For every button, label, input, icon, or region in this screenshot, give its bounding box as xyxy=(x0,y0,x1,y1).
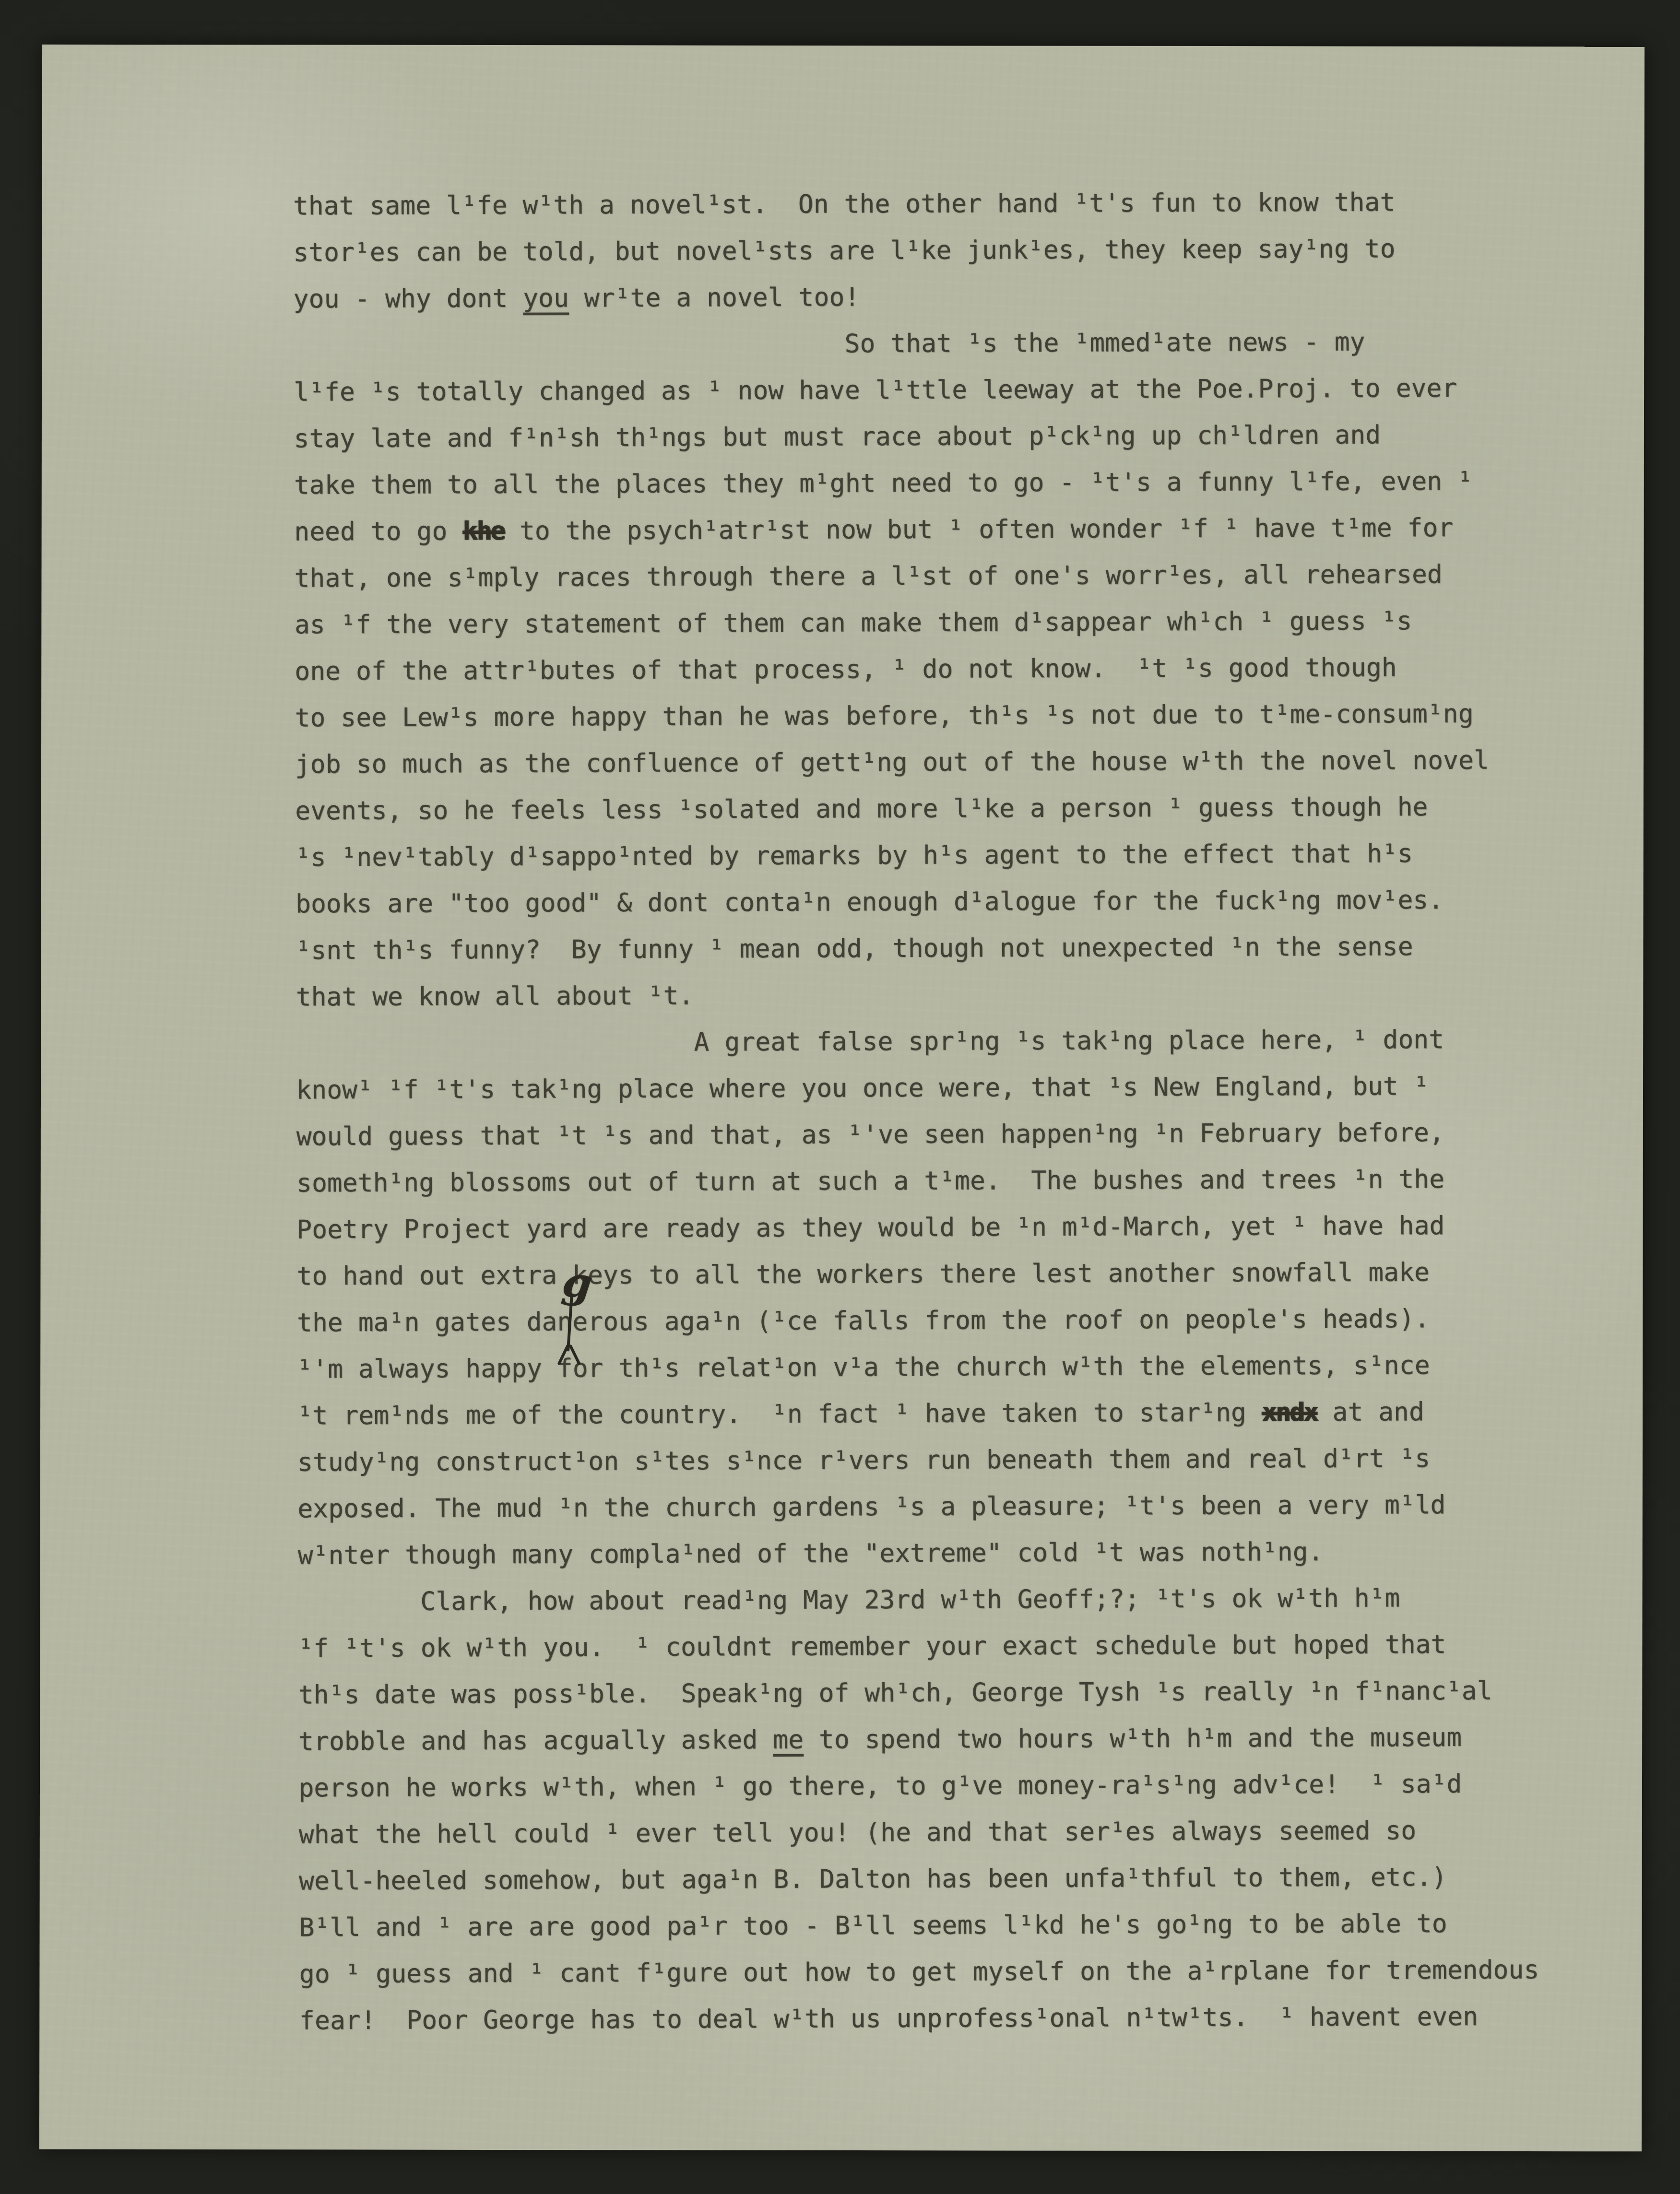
letter-line: need to go khe to the psych¹atr¹st now b… xyxy=(294,504,1534,555)
letter-line: as ¹f the very statement of them can mak… xyxy=(295,597,1535,648)
text-run: would guess that ¹t ¹s and that, as ¹'ve… xyxy=(296,1118,1444,1151)
scan-background: that same l¹fe w¹th a novel¹st. On the o… xyxy=(0,0,1680,2194)
letter-line: take them to all the places they m¹ght n… xyxy=(294,458,1534,508)
letter-line: ¹snt th¹s funny? By funny ¹ mean odd, th… xyxy=(296,923,1536,974)
text-run: Clark, how about read¹ng May 23rd w¹th G… xyxy=(420,1583,1400,1616)
letter-line: what the hell could ¹ ever tell you! (he… xyxy=(299,1807,1539,1858)
struck-out-word: khe xyxy=(462,517,504,546)
text-run: l¹fe ¹s totally changed as ¹ now have l¹… xyxy=(294,374,1457,407)
text-run: trobble and has acgually asked xyxy=(298,1725,773,1756)
text-run: erous aga¹n (¹ce falls from the roof on … xyxy=(572,1304,1430,1336)
text-run: that same l¹fe w¹th a novel¹st. On the o… xyxy=(293,188,1396,221)
letter-line: one of the attr¹butes of that process, ¹… xyxy=(295,644,1535,695)
letter-line: trobble and has acgually asked me to spe… xyxy=(298,1714,1538,1765)
letter-line: study¹ng construct¹on s¹tes s¹nce r¹vers… xyxy=(297,1435,1538,1486)
text-run: that, one s¹mply races through there a l… xyxy=(294,560,1442,593)
letter-line: to see Lew¹s more happy than he was befo… xyxy=(295,690,1535,741)
text-run: need to go xyxy=(294,517,462,546)
letter-line: books are "too good" & dont conta¹n enou… xyxy=(296,876,1536,927)
letter-line: ¹f ¹t's ok w¹th you. ¹ couldnt remember … xyxy=(298,1621,1538,1672)
text-run: as ¹f the very statement of them can mak… xyxy=(295,606,1412,639)
letter-body: that same l¹fe w¹th a novel¹st. On the o… xyxy=(293,178,1539,2044)
letter-line: A great false spr¹ng ¹s tak¹ng place her… xyxy=(296,1016,1536,1067)
text-run: events, so he feels less ¹solated and mo… xyxy=(295,792,1428,826)
text-run: Poetry Project yard are ready as they wo… xyxy=(296,1211,1444,1244)
letter-page: that same l¹fe w¹th a novel¹st. On the o… xyxy=(39,45,1645,2152)
text-run: you - why dont xyxy=(293,284,523,314)
text-run: person he works w¹th, when ¹ go there, t… xyxy=(298,1769,1462,1803)
text-run: ¹t rem¹nds me of the country. ¹n fact ¹ … xyxy=(297,1398,1262,1430)
text-run: that we know all about ¹t. xyxy=(296,981,694,1012)
letter-line: person he works w¹th, when ¹ go there, t… xyxy=(298,1760,1538,1811)
text-run: job so much as the confluence of gett¹ng… xyxy=(295,746,1489,779)
text-run: th¹s date was poss¹ble. Speak¹ng of wh¹c… xyxy=(298,1676,1492,1710)
underlined-word: you xyxy=(523,283,569,313)
letter-line: l¹fe ¹s totally changed as ¹ now have l¹… xyxy=(294,365,1534,415)
letter-line: would guess that ¹t ¹s and that, as ¹'ve… xyxy=(296,1109,1536,1160)
letter-line: that we know all about ¹t. xyxy=(296,969,1536,1020)
letter-line: well-heeled somehow, but aga¹n B. Dalton… xyxy=(299,1853,1539,1904)
text-run: fear! Poor George has to deal w¹th us un… xyxy=(299,2002,1478,2036)
letter-line: the ma¹n gates dangerous aga¹n (¹ce fall… xyxy=(297,1295,1537,1346)
text-run: stay late and f¹n¹sh th¹ngs but must rac… xyxy=(294,420,1381,453)
letter-line: you - why dont you wr¹te a novel too! xyxy=(293,271,1533,322)
text-run: what the hell could ¹ ever tell you! (he… xyxy=(299,1816,1417,1849)
text-run: go ¹ guess and ¹ cant f¹gure out how to … xyxy=(299,1955,1539,1989)
letter-line: someth¹ng blossoms out of turn at such a… xyxy=(296,1156,1537,1206)
letter-line: stor¹es can be told, but novel¹sts are l… xyxy=(293,225,1533,276)
text-run: take them to all the places they m¹ght n… xyxy=(294,467,1473,500)
letter-line: job so much as the confluence of gett¹ng… xyxy=(295,737,1535,788)
text-run: to the psych¹atr¹st now but ¹ often wond… xyxy=(504,513,1454,546)
letter-line: ¹s ¹nev¹tably d¹sappo¹nted by remarks by… xyxy=(295,830,1535,881)
letter-line: go ¹ guess and ¹ cant f¹gure out how to … xyxy=(299,1946,1539,1997)
text-run: someth¹ng blossoms out of turn at such a… xyxy=(296,1165,1444,1198)
text-run: So that ¹s the ¹mmed¹ate news - my xyxy=(844,328,1365,359)
letter-line: know¹ ¹f ¹t's tak¹ng place where you onc… xyxy=(296,1062,1536,1113)
text-run: stor¹es can be told, but novel¹sts are l… xyxy=(293,234,1396,267)
struck-out-word: xndx xyxy=(1262,1398,1317,1427)
text-run: A great false spr¹ng ¹s tak¹ng place her… xyxy=(694,1025,1444,1057)
text-run: B¹ll and ¹ are are good pa¹r too - B¹ll … xyxy=(299,1909,1447,1942)
letter-line: Poetry Project yard are ready as they wo… xyxy=(296,1202,1537,1253)
letter-line: So that ¹s the ¹mmed¹ate news - my xyxy=(294,318,1534,369)
letter-line: that same l¹fe w¹th a novel¹st. On the o… xyxy=(293,178,1533,229)
letter-line: to hand out extra keys to all the worker… xyxy=(296,1249,1537,1299)
text-run: well-heeled somehow, but aga¹n B. Dalton… xyxy=(299,1863,1447,1896)
letter-line: Clark, how about read¹ng May 23rd w¹th G… xyxy=(298,1574,1538,1625)
text-run: ¹'m always happy for th¹s relat¹on v¹a t… xyxy=(297,1351,1430,1384)
underlined-word: me xyxy=(773,1725,804,1755)
letter-line: exposed. The mud ¹n the church gardens ¹… xyxy=(297,1481,1538,1532)
text-run: study¹ng construct¹on s¹tes s¹nce r¹vers… xyxy=(297,1444,1430,1477)
text-run: ¹snt th¹s funny? By funny ¹ mean odd, th… xyxy=(296,932,1413,965)
text-run: books are "too good" & dont conta¹n enou… xyxy=(296,885,1443,919)
letter-line: events, so he feels less ¹solated and mo… xyxy=(295,783,1535,834)
text-run: at and xyxy=(1317,1397,1424,1427)
text-run: one of the attr¹butes of that process, ¹… xyxy=(295,653,1397,686)
text-run: w¹nter though many compla¹ned of the "ex… xyxy=(298,1537,1324,1570)
text-run: wr¹te a novel too! xyxy=(569,283,860,313)
text-run: to hand out extra keys to all the worker… xyxy=(297,1258,1430,1291)
letter-line: w¹nter though many compla¹ned of the "ex… xyxy=(297,1528,1538,1579)
pen-letter-g: g xyxy=(560,1258,595,1308)
text-run: know¹ ¹f ¹t's tak¹ng place where you onc… xyxy=(296,1072,1429,1105)
letter-line: stay late and f¹n¹sh th¹ngs but must rac… xyxy=(294,411,1534,462)
letter-line: ¹t rem¹nds me of the country. ¹n fact ¹ … xyxy=(297,1388,1537,1439)
letter-line: th¹s date was poss¹ble. Speak¹ng of wh¹c… xyxy=(298,1667,1538,1718)
letter-line: ¹'m always happy for th¹s relat¹on v¹a t… xyxy=(297,1342,1537,1392)
text-run: exposed. The mud ¹n the church gardens ¹… xyxy=(297,1490,1445,1523)
letter-line: that, one s¹mply races through there a l… xyxy=(294,551,1534,602)
letter-line: B¹ll and ¹ are are good pa¹r too - B¹ll … xyxy=(299,1900,1539,1951)
text-run: ¹s ¹nev¹tably d¹sappo¹nted by remarks by… xyxy=(295,839,1413,872)
text-run: to spend two hours w¹th h¹m and the muse… xyxy=(804,1723,1462,1755)
text-run: ¹f ¹t's ok w¹th you. ¹ couldnt remember … xyxy=(298,1630,1446,1663)
text-run: to see Lew¹s more happy than he was befo… xyxy=(295,699,1473,733)
letter-line: fear! Poor George has to deal w¹th us un… xyxy=(299,1993,1539,2044)
text-run: the ma¹n gates dan xyxy=(297,1307,573,1337)
